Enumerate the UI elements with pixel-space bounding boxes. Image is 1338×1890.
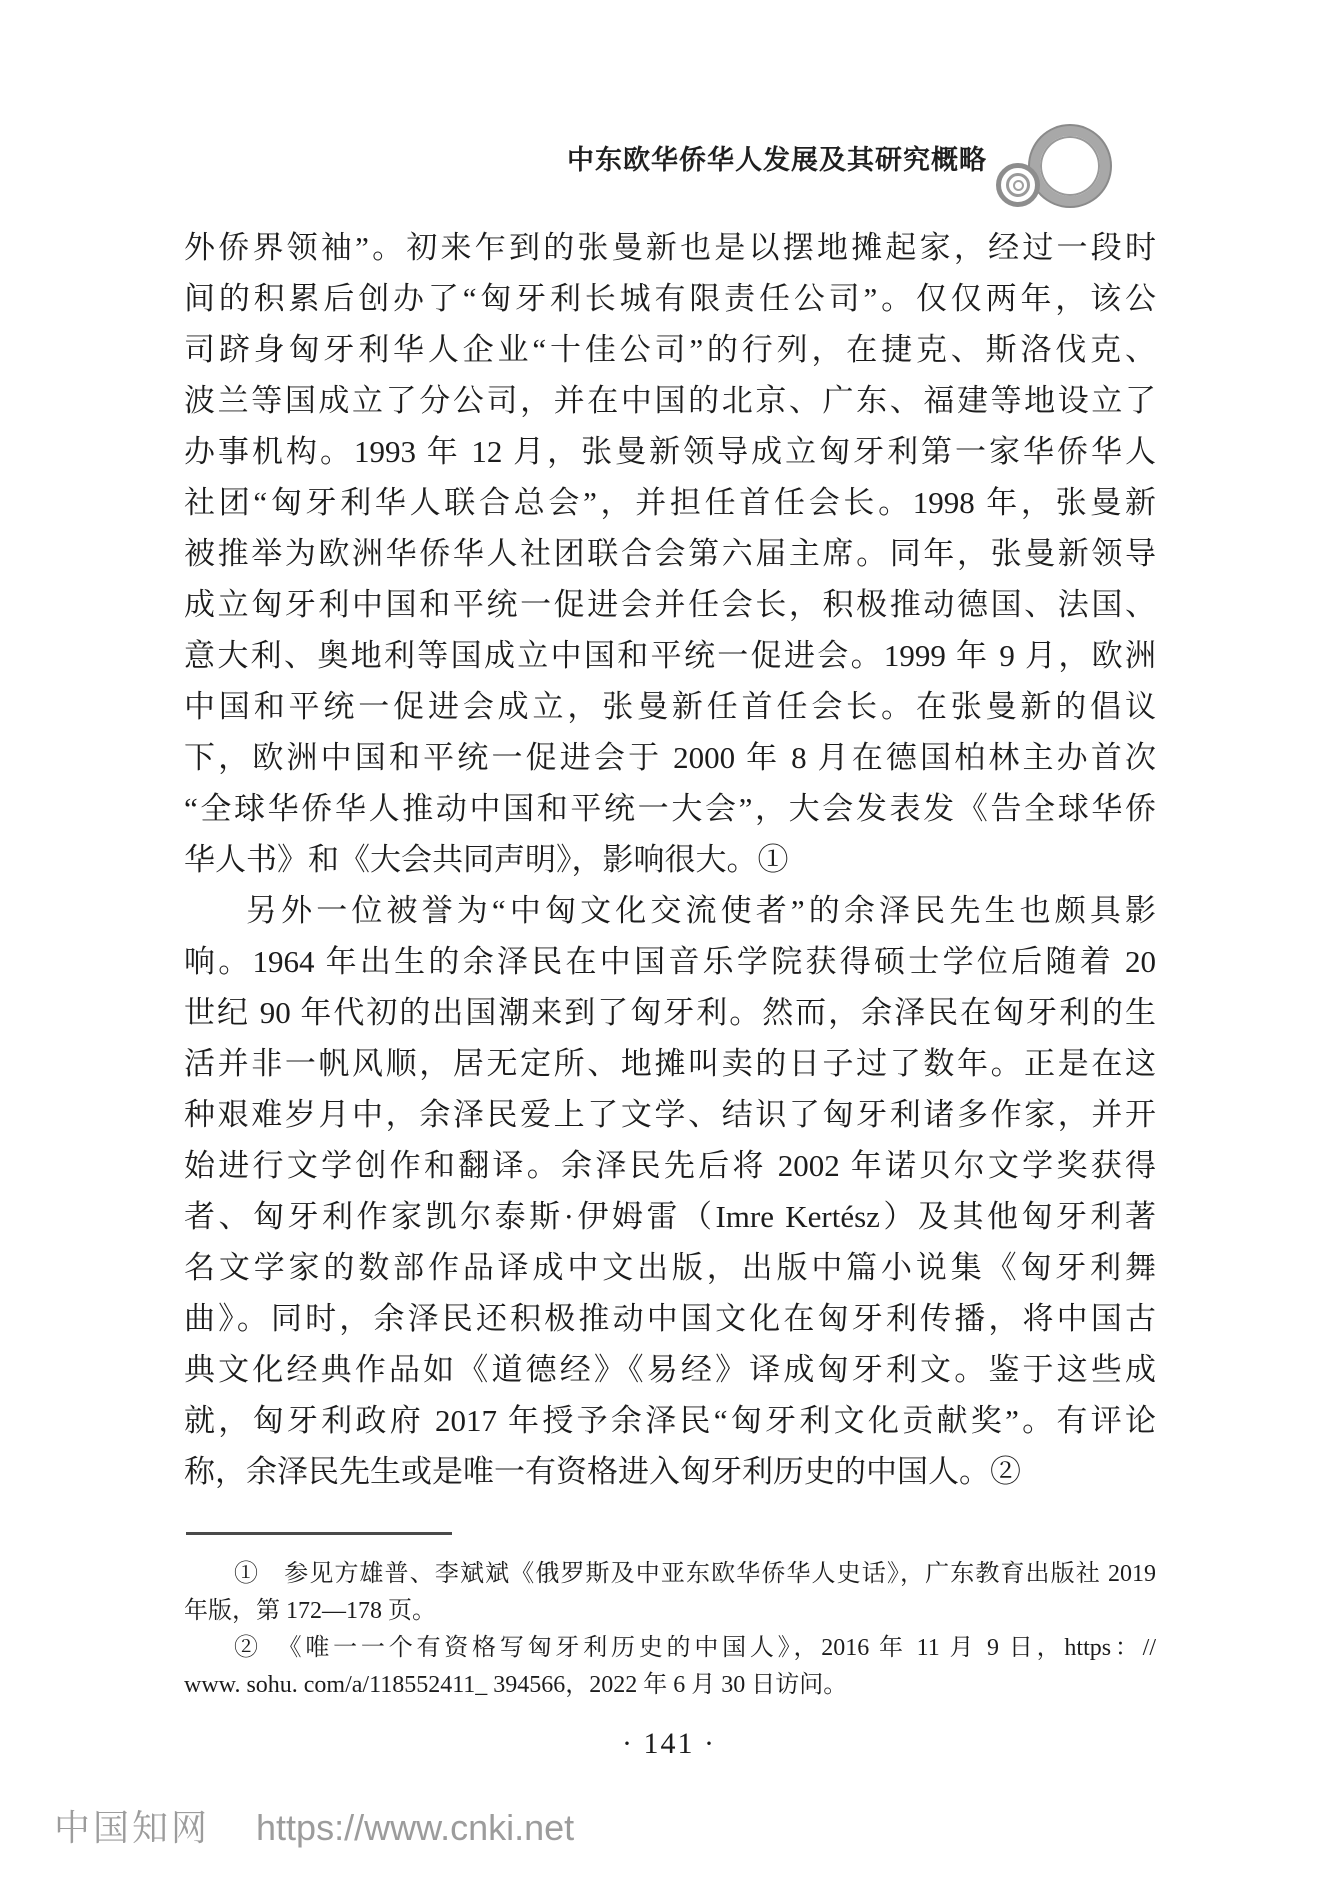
body-line: 响。1964 年出生的余泽民在中国音乐学院获得硕士学位后随着 20 xyxy=(184,936,1156,987)
body-line: 华人书》和《大会共同声明》，影响很大。① xyxy=(184,834,1156,885)
body-line: 种艰难岁月中，余泽民爱上了文学、结识了匈牙利诸多作家，并开 xyxy=(184,1089,1156,1140)
small-ring-icon xyxy=(996,163,1040,207)
cnki-url-text: https://www.cnki.net xyxy=(256,1807,574,1849)
page-number: · 141 · xyxy=(0,1727,1338,1761)
body-line: 外侨界领袖”。初来乍到的张曼新也是以摆地摊起家，经过一段时 xyxy=(184,222,1156,273)
body-line: 被推举为欧洲华侨华人社团联合会第六届主席。同年，张曼新领导 xyxy=(184,528,1156,579)
body-line: 另外一位被誉为“中匈文化交流使者”的余泽民先生也颇具影 xyxy=(184,885,1156,936)
footnotes: ① 参见方雄普、李斌斌《俄罗斯及中亚东欧华侨华人史话》，广东教育出版社 2019… xyxy=(184,1556,1156,1704)
body-line: 世纪 90 年代初的出国潮来到了匈牙利。然而，余泽民在匈牙利的生 xyxy=(184,987,1156,1038)
body-line: 始进行文学创作和翻译。余泽民先后将 2002 年诺贝尔文学奖获得 xyxy=(184,1140,1156,1191)
body-line: 社团“匈牙利华人联合总会”，并担任首任会长。1998 年，张曼新 xyxy=(184,477,1156,528)
footnote-line: 年版，第 172—178 页。 xyxy=(184,1593,1156,1630)
small-ring-center xyxy=(1013,180,1024,191)
body-line: 意大利、奥地利等国成立中国和平统一促进会。1999 年 9 月，欧洲 xyxy=(184,630,1156,681)
small-ring-middle xyxy=(1006,173,1030,197)
body-line: 名文学家的数部作品译成中文出版，出版中篇小说集《匈牙利舞 xyxy=(184,1242,1156,1293)
running-head-title: 中东欧华侨华人发展及其研究概略 xyxy=(567,138,987,177)
footnote-line: ① 参见方雄普、李斌斌《俄罗斯及中亚东欧华侨华人史话》，广东教育出版社 2019 xyxy=(184,1556,1156,1593)
body-line: 中国和平统一促进会成立，张曼新任首任会长。在张曼新的倡议 xyxy=(184,681,1156,732)
scanned-document-page: 中东欧华侨华人发展及其研究概略 外侨界领袖”。初来乍到的张曼新也是以摆地摊起家，… xyxy=(0,0,1338,1890)
cnki-brand-text: 中国知网 xyxy=(54,1800,210,1851)
footnote-line: ② 《唯一一个有资格写匈牙利历史的中国人》，2016 年 11 月 9 日，ht… xyxy=(184,1630,1156,1667)
body-line: 司跻身匈牙利华人企业“十佳公司”的行列，在捷克、斯洛伐克、 xyxy=(184,324,1156,375)
body-line: 者、匈牙利作家凯尔泰斯·伊姆雷（Imre Kertész）及其他匈牙利著 xyxy=(184,1191,1156,1242)
body-line: 成立匈牙利中国和平统一促进会并任会长，积极推动德国、法国、 xyxy=(184,579,1156,630)
body-text: 外侨界领袖”。初来乍到的张曼新也是以摆地摊起家，经过一段时间的积累后创办了“匈牙… xyxy=(184,222,1156,1497)
body-line: 称，余泽民先生或是唯一有资格进入匈牙利历史的中国人。② xyxy=(184,1446,1156,1497)
body-line: 间的积累后创办了“匈牙利长城有限责任公司”。仅仅两年，该公 xyxy=(184,273,1156,324)
footnote-line: www. sohu. com/a/118552411_ 394566，2022 … xyxy=(184,1667,1156,1704)
body-line: 办事机构。1993 年 12 月，张曼新领导成立匈牙利第一家华侨华人 xyxy=(184,426,1156,477)
footnote-divider xyxy=(186,1532,452,1535)
body-line: 下，欧洲中国和平统一促进会于 2000 年 8 月在德国柏林主办首次 xyxy=(184,732,1156,783)
concentric-rings-logo-icon xyxy=(992,120,1122,220)
body-line: 典文化经典作品如《道德经》《易经》译成匈牙利文。鉴于这些成 xyxy=(184,1344,1156,1395)
body-line: 曲》。同时，余泽民还积极推动中国文化在匈牙利传播，将中国古 xyxy=(184,1293,1156,1344)
body-line: “全球华侨华人推动中国和平统一大会”，大会发表发《告全球华侨 xyxy=(184,783,1156,834)
body-line: 活并非一帆风顺，居无定所、地摊叫卖的日子过了数年。正是在这 xyxy=(184,1038,1156,1089)
body-line: 波兰等国成立了分公司，并在中国的北京、广东、福建等地设立了 xyxy=(184,375,1156,426)
large-ring-icon xyxy=(1030,126,1110,206)
body-line: 就，匈牙利政府 2017 年授予余泽民“匈牙利文化贡献奖”。有评论 xyxy=(184,1395,1156,1446)
cnki-watermark: 中国知网 https://www.cnki.net xyxy=(54,1800,574,1851)
